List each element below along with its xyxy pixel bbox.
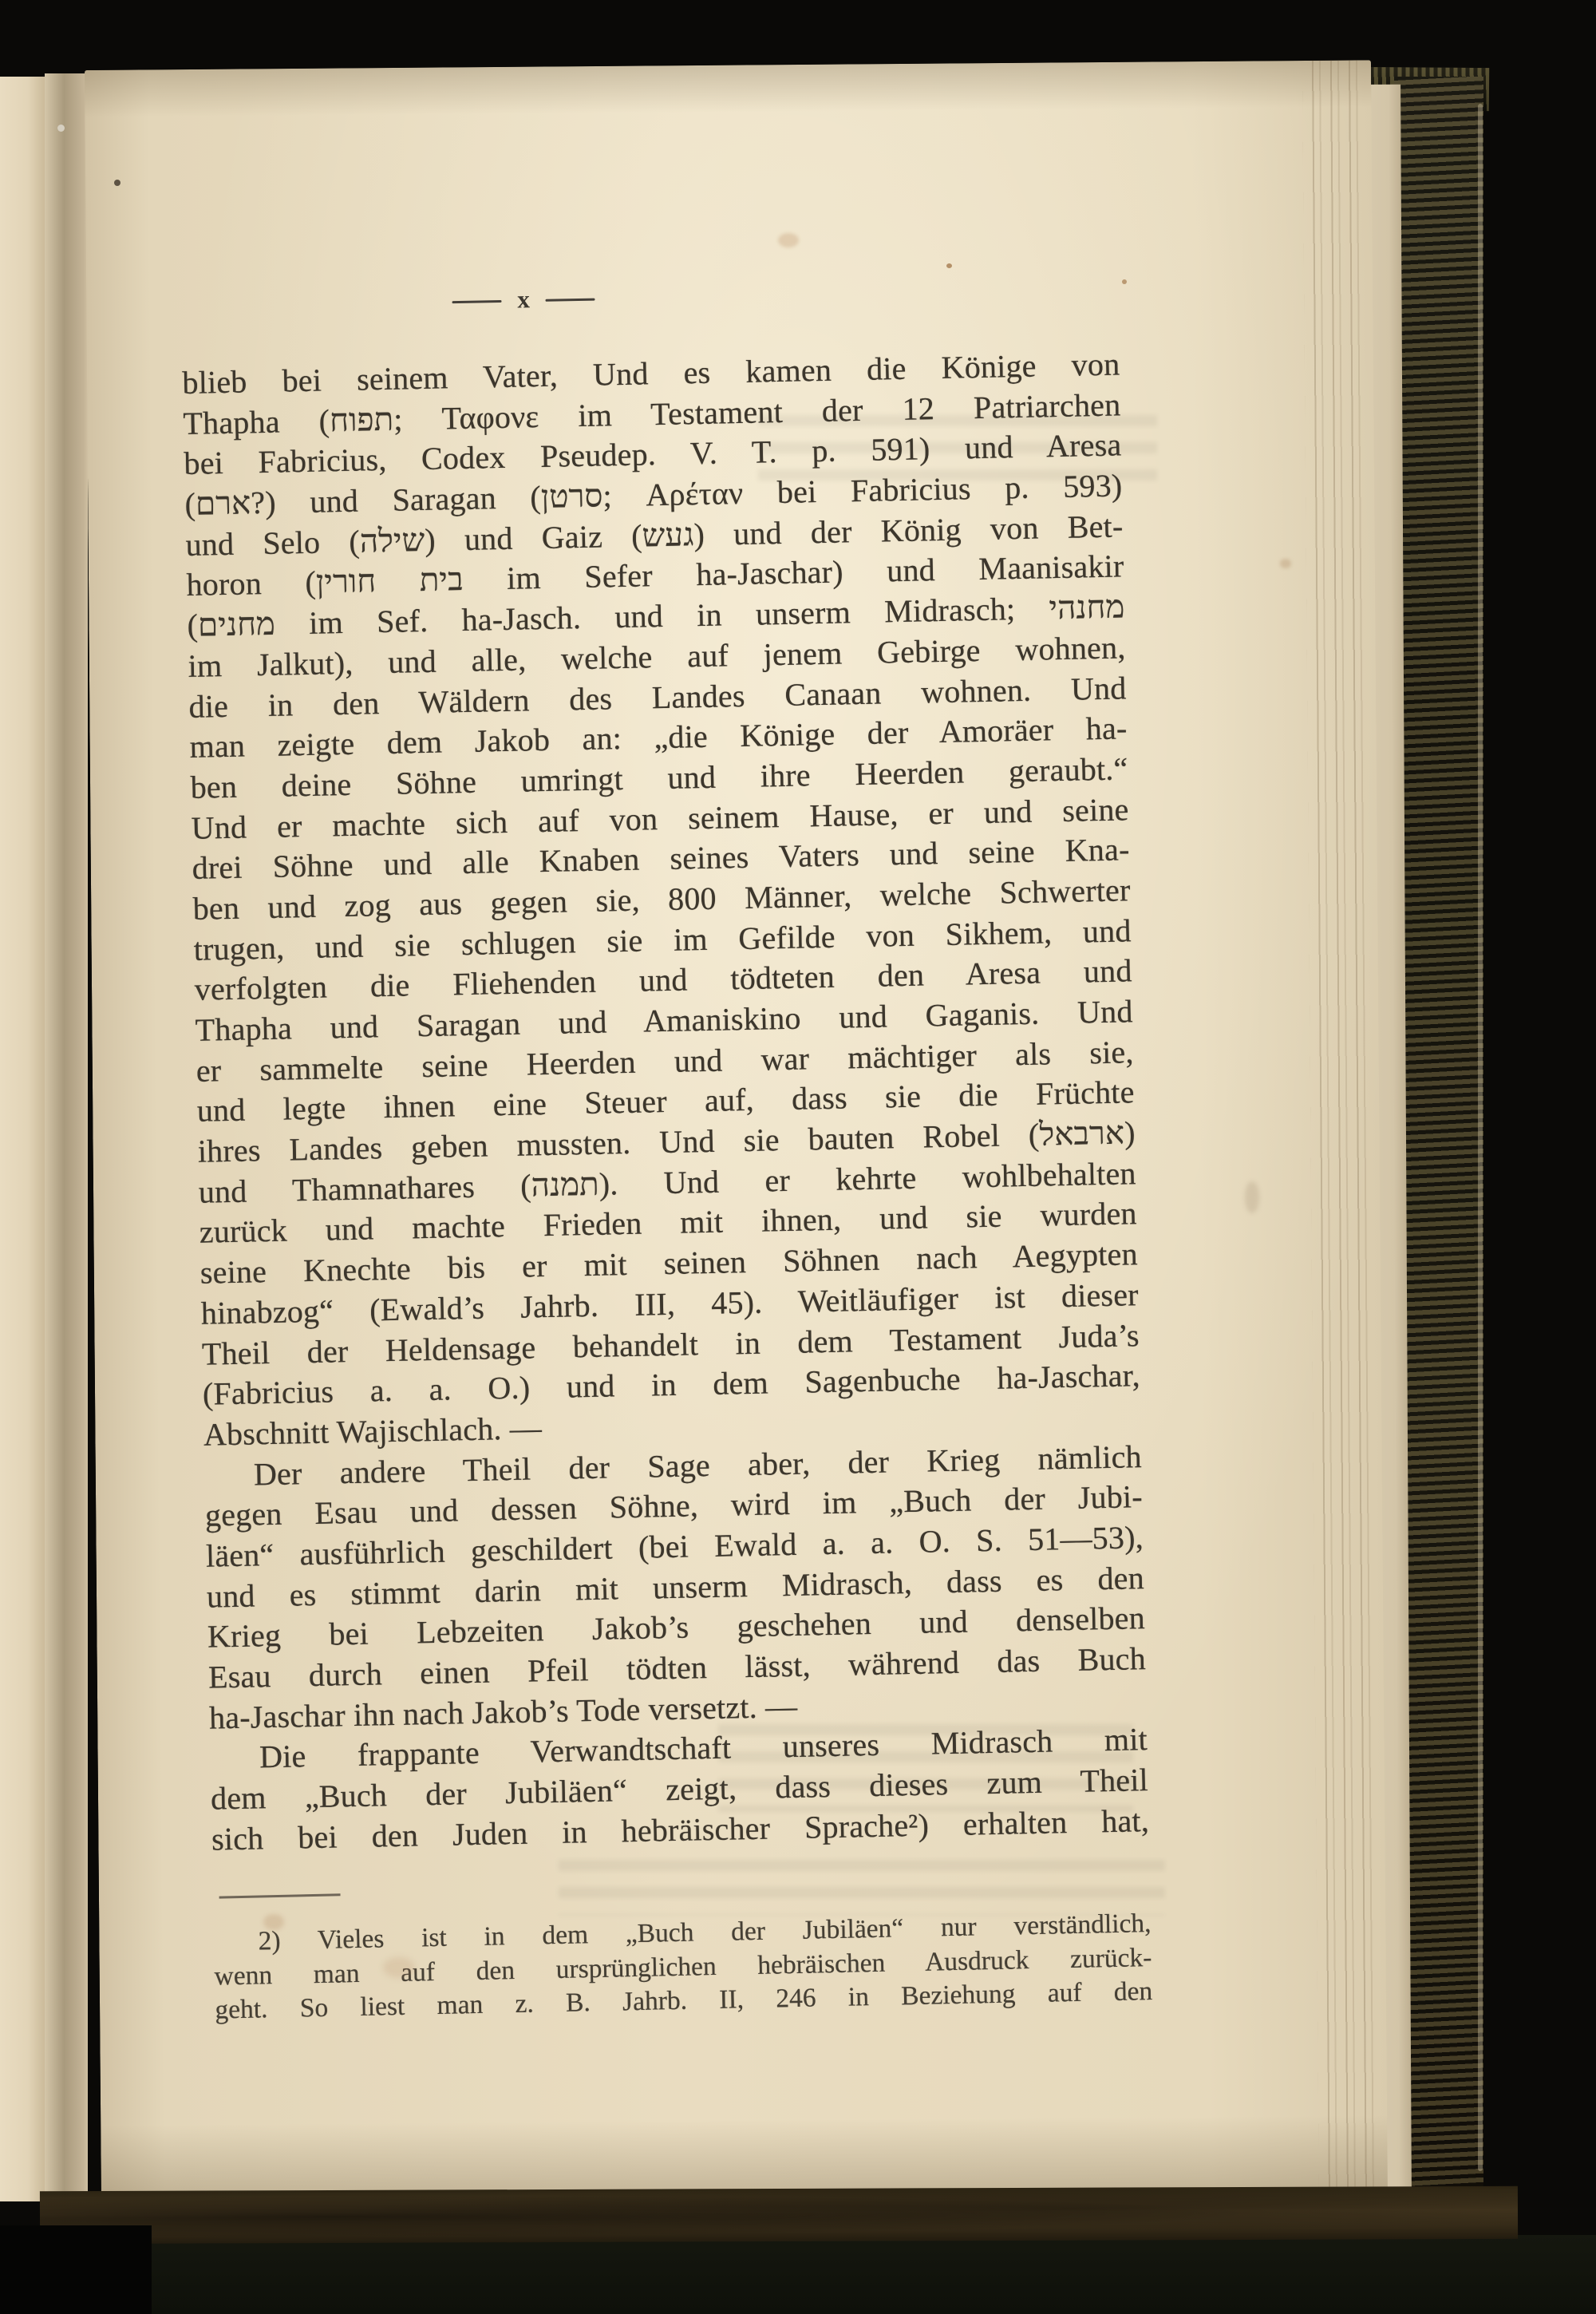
background-shadow-corner	[0, 2225, 152, 2314]
stain-spot	[263, 1914, 284, 1930]
dust-speck	[57, 125, 65, 132]
cover-edge-highlight	[1478, 104, 1483, 2171]
page-header: x	[437, 287, 610, 314]
gutter-shadow	[45, 73, 88, 2201]
ink-speck	[114, 180, 120, 186]
page-number-rule-left	[452, 300, 501, 303]
stain-spot	[778, 233, 799, 247]
stain-spot	[1122, 279, 1127, 284]
stain-spot	[946, 263, 952, 268]
foxing-spot	[1245, 1181, 1259, 1213]
footnote-separator	[219, 1894, 341, 1899]
facing-page-sliver	[0, 77, 46, 2201]
book-cover-bottom-edge	[40, 2186, 1518, 2244]
table-surface	[0, 2235, 1596, 2314]
page-number: x	[517, 287, 530, 311]
text-block: x blieb bei seinem Vater, Und es kamen d…	[182, 344, 1153, 2027]
page-edge-creases	[1302, 60, 1377, 2189]
footnote-block: 2) Vieles ist in dem „Buch der Jubiläen“…	[213, 1907, 1152, 2027]
foxing-spot	[1280, 559, 1291, 568]
page-number-rule-right	[546, 299, 595, 302]
stain-spot	[383, 1957, 415, 1978]
